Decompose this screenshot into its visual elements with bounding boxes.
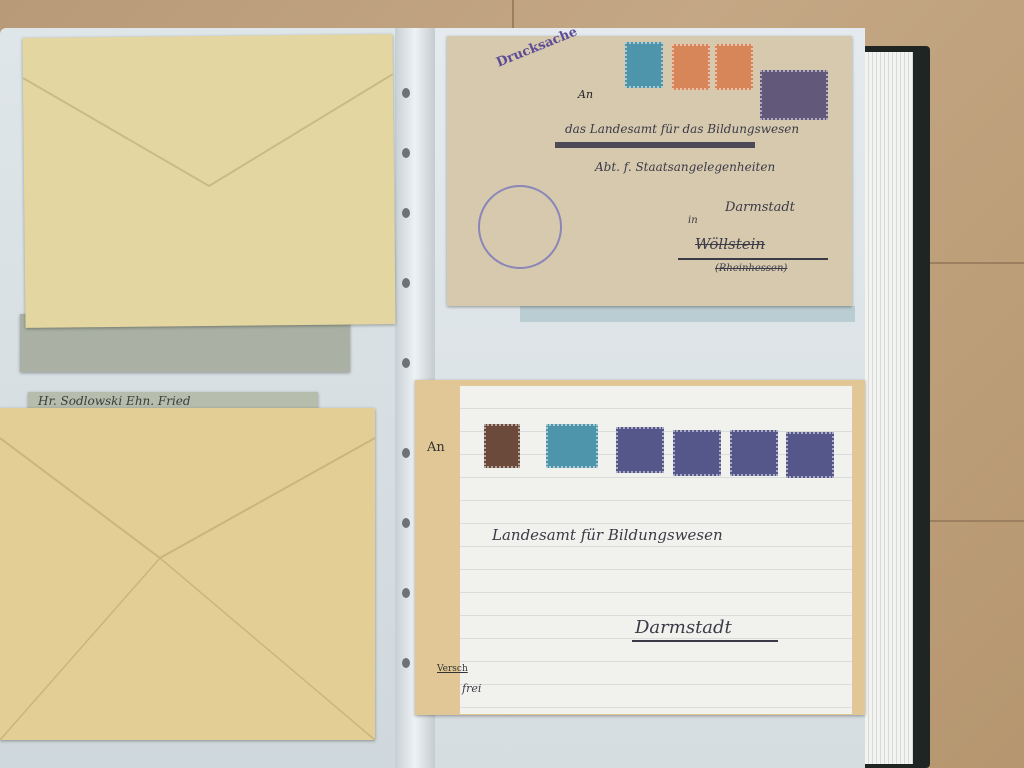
stamp-5 bbox=[672, 44, 710, 90]
city-darmstadt: Darmstadt bbox=[635, 617, 732, 638]
region-struck: (Rheinhessen) bbox=[715, 263, 787, 274]
official-seal bbox=[478, 185, 562, 269]
stamp-20 bbox=[673, 430, 721, 476]
address-line-2: Abt. f. Staatsangelegenheiten bbox=[595, 160, 775, 174]
in-label: in bbox=[688, 215, 698, 226]
stamp-50 bbox=[484, 424, 520, 468]
underline bbox=[678, 258, 828, 260]
sleeve-insert bbox=[520, 306, 855, 322]
stamp-100 bbox=[760, 70, 828, 120]
underline bbox=[632, 640, 778, 642]
city-darmstadt: Darmstadt bbox=[725, 200, 795, 215]
stamp-20 bbox=[730, 430, 778, 476]
printed-label: Versch bbox=[437, 664, 468, 674]
stamp-20 bbox=[616, 427, 664, 473]
stamp-5 bbox=[715, 44, 753, 90]
an-label: An bbox=[578, 88, 593, 101]
an-label: An bbox=[427, 440, 445, 455]
address-line-1: das Landesamt für das Bildungswesen bbox=[565, 122, 799, 136]
frei-note: frei bbox=[462, 682, 481, 695]
stamp-10m bbox=[546, 424, 598, 468]
city-struck: Wöllstein bbox=[695, 235, 765, 253]
cardboard-seam bbox=[512, 0, 514, 30]
stamp-20 bbox=[786, 432, 834, 478]
addressee: Landesamt für Bildungswesen bbox=[492, 526, 723, 544]
envelope-back-bottom bbox=[0, 408, 375, 740]
envelope-back-top bbox=[22, 34, 395, 328]
stamp-10m bbox=[625, 42, 663, 88]
struck-line bbox=[555, 142, 755, 148]
